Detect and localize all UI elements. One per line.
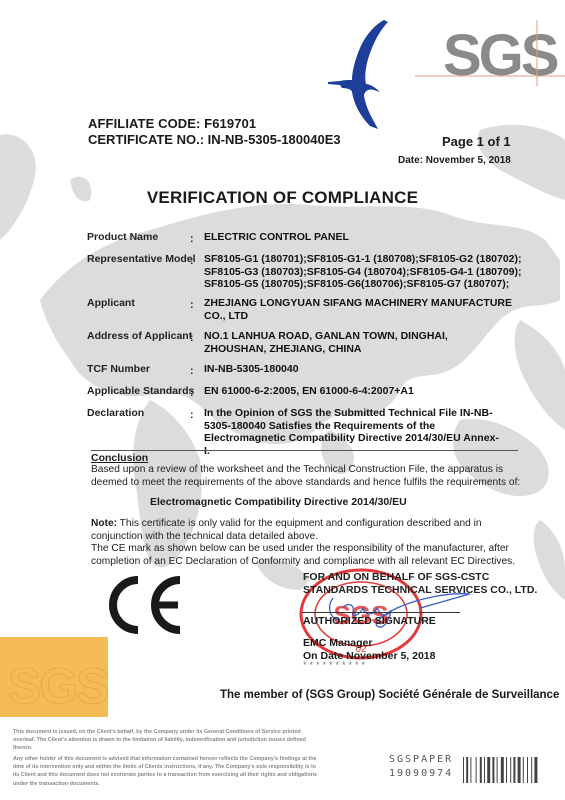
field-value: ELECTRIC CONTROL PANEL [204,231,524,244]
fine-print-2: Any other holder of this document is adv… [13,755,323,788]
note-block: Note: This certificate is only valid for… [91,518,531,568]
svg-text:SGS: SGS [8,658,108,714]
conclusion-text: Based upon a review of the worksheet and… [91,464,531,489]
issue-date: Date: November 5, 2018 [398,155,511,166]
sgs-outline-logo: SGS [0,637,108,717]
field-label: Address of Applicant [87,330,192,343]
paper-serial: SGSPAPER 19090974 [389,753,453,781]
field-separator: : [190,365,194,378]
ce-mark-icon [108,576,184,634]
field-label: Applicant [87,297,135,310]
field-label: Product Name [87,231,158,244]
conclusion-heading: Conclusion [91,452,148,464]
signatory-role: EMC Manager [303,637,435,650]
certificate-number: CERTIFICATE NO.: IN-NB-5305-180040E3 [88,132,341,147]
authorized-signature-label: AUTHORIZED SIGNATURE [303,615,436,627]
signatory-title: EMC Manager On Date November 5, 2018 [303,637,435,662]
field-separator: : [190,332,194,345]
note-text: This certificate is only valid for the e… [91,518,482,542]
field-separator: : [190,299,194,312]
field-value: NO.1 LANHUA ROAD, GANLAN TOWN, DINGHAI, … [204,330,504,355]
svg-text:SGS: SGS [443,23,558,88]
field-value: ZHEJIANG LONGYUAN SIFANG MACHINERY MANUF… [204,297,519,322]
field-value: SF8105-G1 (180701);SF8105-G1-1 (180708);… [204,253,534,291]
field-label: Declaration [87,407,144,420]
barcode [463,757,553,783]
field-value: EN 61000-6-2:2005, EN 61000-6-4:2007+A1 [204,385,524,398]
bird-logo-icon [318,18,390,130]
paper-label: SGSPAPER [389,753,453,767]
star-row: ********** [303,660,368,670]
field-label: Applicable Standards [87,385,194,398]
fine-print-1: This document is issued, on the Client's… [13,728,323,753]
section-divider [91,450,518,451]
field-separator: : [190,233,194,246]
member-statement: The member of (SGS Group) Société Généra… [220,689,559,701]
paper-number: 19090974 [389,767,453,781]
field-separator: : [190,409,194,422]
field-separator: : [190,255,194,268]
sgs-logo: SGS [415,12,565,90]
signature-line [302,612,460,613]
field-separator: : [190,387,194,400]
affiliate-code: AFFILIATE CODE: F619701 [88,116,256,131]
field-label: Representative Model [87,253,196,266]
field-value: IN-NB-5305-180040 [204,363,524,376]
sgs-paper-mark: SGS [0,637,108,717]
on-behalf-line: FOR AND ON BEHALF OF SGS-CSTC [303,571,537,584]
directive-name: Electromagnetic Compatibility Directive … [150,496,407,508]
page-indicator: Page 1 of 1 [442,134,511,149]
document-title: VERIFICATION OF COMPLIANCE [0,188,565,208]
note-label: Note: [91,518,117,529]
field-label: TCF Number [87,363,150,376]
ce-usage-text: The CE mark as shown below can be used u… [91,543,515,567]
